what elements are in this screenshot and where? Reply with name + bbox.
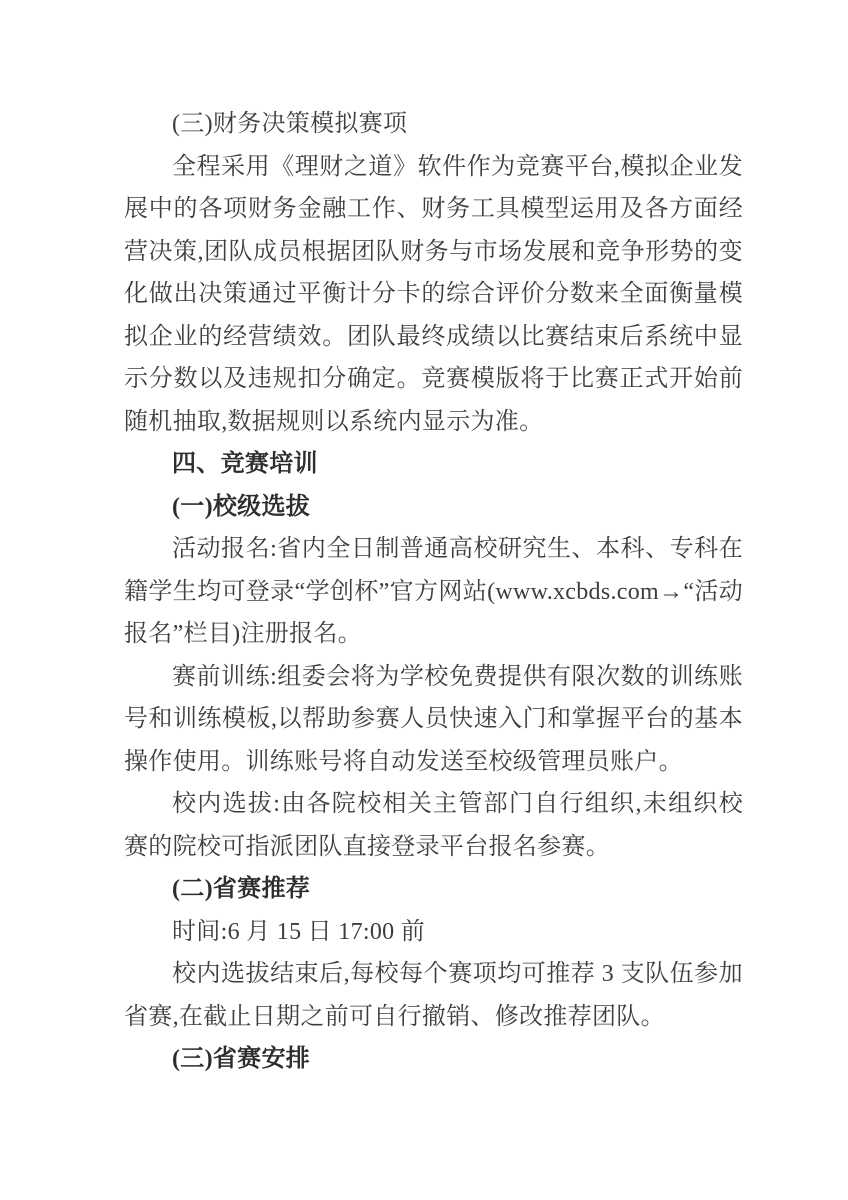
document-content: (三)财务决策模拟赛项全程采用《理财之道》软件作为竞赛平台,模拟企业发展中的各项… [124,103,743,1081]
document-page: (三)财务决策模拟赛项全程采用《理财之道》软件作为竞赛平台,模拟企业发展中的各项… [0,0,848,1200]
paragraph-recommendation-deadline: 时间:6 月 15 日 17:00 前 [124,911,743,954]
paragraph-finance-simulation-desc: 全程采用《理财之道》软件作为竞赛平台,模拟企业发展中的各项财务金融工作、财务工具… [124,146,743,444]
chapter-heading-training: 四、竞赛培训 [124,443,743,486]
section-heading-province-arrangement: (三)省赛安排 [124,1038,743,1081]
section-heading-school-selection: (一)校级选拔 [124,486,743,529]
paragraph-internal-selection: 校内选拔:由各院校相关主管部门自行组织,未组织校赛的院校可指派团队直接登录平台报… [124,783,743,868]
paragraph-pre-training: 赛前训练:组委会将为学校免费提供有限次数的训练账号和训练模板,以帮助参赛人员快速… [124,656,743,784]
section-heading-finance-simulation: (三)财务决策模拟赛项 [124,103,743,146]
paragraph-registration: 活动报名:省内全日制普通高校研究生、本科、专科在籍学生均可登录“学创杯”官方网站… [124,528,743,656]
paragraph-recommendation-rule: 校内选拔结束后,每校每个赛项均可推荐 3 支队伍参加省赛,在截止日期之前可自行撤… [124,953,743,1038]
section-heading-province-recommendation: (二)省赛推荐 [124,868,743,911]
